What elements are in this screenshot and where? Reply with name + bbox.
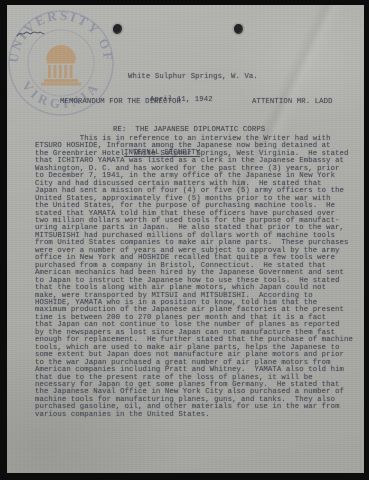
hole-punch-left [112, 23, 122, 34]
memo-attention: ATTENTION MR. LADD [252, 99, 333, 107]
memo-page: UNIVERSITY OF VIRGINIA [7, 5, 364, 473]
rotunda-icon [41, 45, 81, 86]
hole-punch-right [234, 24, 244, 35]
scanned-document: UNIVERSITY OF VIRGINIA [0, 0, 369, 480]
memo-body: This is in reference to an interview the… [35, 136, 353, 419]
handwritten-mark [16, 28, 46, 40]
dateline-place: White Sulphur Springs, W. Va. [128, 74, 258, 82]
memo-addressee: MEMORANDUM FOR THE DIRECTOR [60, 99, 181, 107]
subject-line-1: RE: THE JAPANESE DIPLOMATIC CORPS [113, 127, 265, 135]
